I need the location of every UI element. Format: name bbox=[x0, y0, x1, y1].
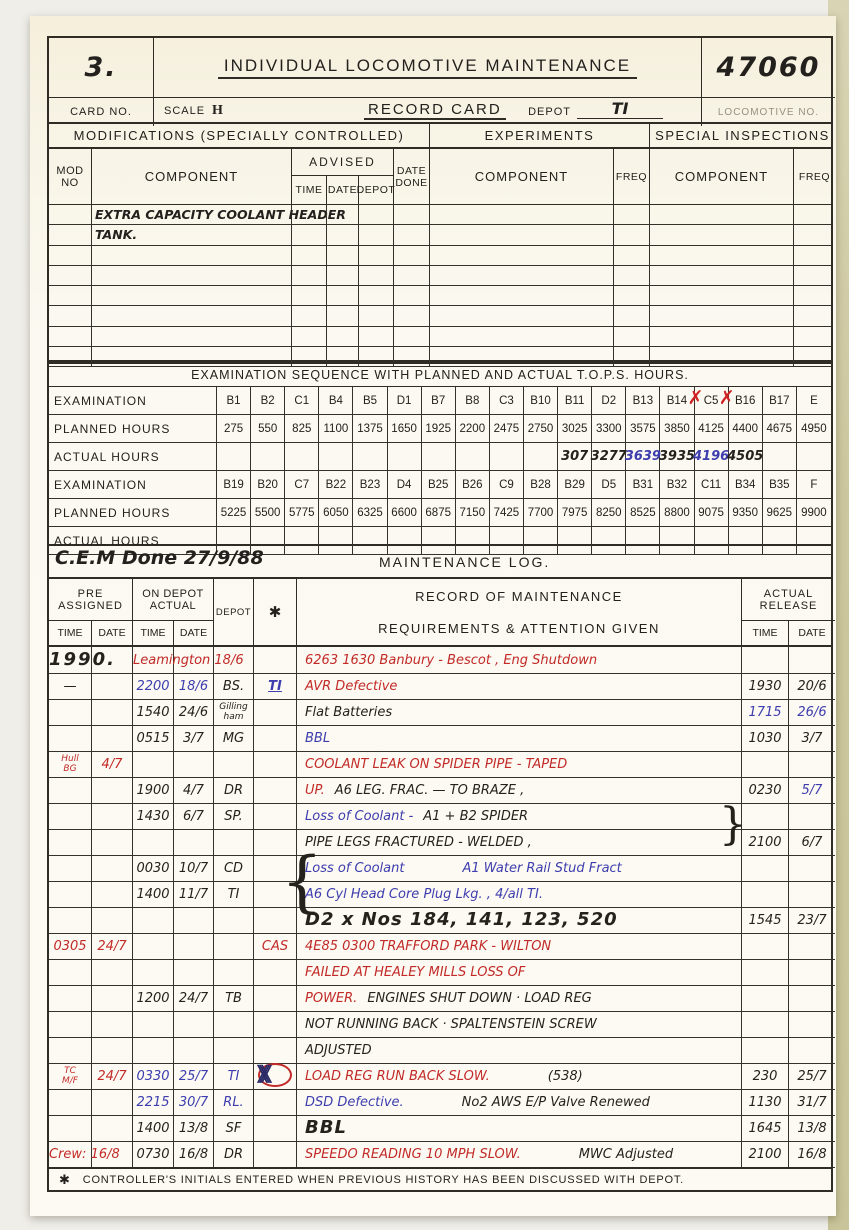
mod-cell bbox=[794, 327, 835, 346]
log-dep-date-value: 24/6 bbox=[179, 700, 208, 725]
log-cell-depot: DR bbox=[214, 1141, 254, 1167]
log-cell-pre-time: Hull BG bbox=[49, 751, 92, 777]
log-rows: 1990.Leamington 18/66263 1630 Banbury - … bbox=[47, 647, 833, 1167]
mod-cell bbox=[292, 327, 327, 346]
exam-cell: 2475 bbox=[490, 415, 524, 442]
planned-hours-value: 8525 bbox=[630, 507, 656, 519]
exam-code: B26 bbox=[462, 479, 482, 491]
date-done-header: DATE DONE bbox=[394, 149, 430, 204]
scanned-maintenance-card-page: { "header": { "card_series": "3.", "titl… bbox=[0, 0, 849, 1230]
mod-cell bbox=[394, 327, 430, 346]
mod-cell bbox=[794, 246, 835, 265]
log-cell-rel-date: 20/6 bbox=[789, 673, 835, 699]
mod-cell bbox=[614, 306, 650, 325]
exam-cell: 550 bbox=[251, 415, 285, 442]
log-cell-pre-time bbox=[49, 829, 92, 855]
log-row: 14306/7SP.Loss of Coolant -A1 + B2 SPIDE… bbox=[49, 803, 835, 830]
log-cell-depot bbox=[214, 907, 254, 933]
planned-hours-value: 4950 bbox=[801, 423, 827, 435]
maintenance-log-title: MAINTENANCE LOG. bbox=[379, 554, 550, 570]
mod-cell bbox=[394, 246, 430, 265]
log-cell-rec: LOAD REG RUN BACK SLOW.(538) bbox=[297, 1063, 742, 1089]
log-cell-depot: RL. bbox=[214, 1089, 254, 1115]
log-dep-time-value: 0515 bbox=[136, 726, 169, 751]
log-dep-date-value: 4/7 bbox=[183, 778, 204, 803]
mod-cell bbox=[394, 286, 430, 305]
subtitle-box: SCALE H RECORD CARD DEPOT TI bbox=[154, 98, 702, 126]
log-cell-pre-time bbox=[49, 907, 92, 933]
log-cell-rec: NOT RUNNING BACK · SPALTENSTEIN SCREW bbox=[297, 1011, 742, 1037]
planned-hours-value: 7700 bbox=[528, 507, 554, 519]
mod-cell bbox=[614, 327, 650, 346]
log-cell-rel-time: 1645 bbox=[742, 1115, 789, 1141]
log-dep-date-value: 13/8 bbox=[179, 1116, 208, 1141]
exam-row-label: PLANNED HOURS bbox=[49, 415, 217, 442]
planned-hours-value: 6600 bbox=[391, 507, 417, 519]
log-pre-time-value: TC M/F bbox=[62, 1063, 78, 1086]
log-cell-rel-time: 1715 bbox=[742, 699, 789, 725]
exam-code: B31 bbox=[633, 479, 653, 491]
log-row: TC M/F24/7033025/7TILOAD REG RUN BACK SL… bbox=[49, 1063, 835, 1090]
exam-cell: B29 bbox=[558, 471, 592, 498]
log-depot-value: DR bbox=[224, 778, 243, 803]
log-cell-rel-time bbox=[742, 881, 789, 907]
depot-time-header: TIME bbox=[133, 621, 174, 645]
exam-code: B22 bbox=[326, 479, 346, 491]
log-record-segment: A6 LEG. FRAC. — TO BRAZE , bbox=[335, 783, 525, 798]
log-record-segment: POWER. bbox=[305, 991, 357, 1006]
log-cell-star bbox=[254, 1115, 297, 1141]
mod-row mod-row-1: EXTRA CAPACITY COOLANT HEADER bbox=[49, 205, 831, 225]
log-cell-pre-date bbox=[92, 1141, 133, 1167]
log-cell-star bbox=[254, 1089, 297, 1115]
mod-cell bbox=[359, 225, 394, 244]
exam-row-label: EXAMINATION bbox=[49, 471, 217, 498]
planned-hours-value: 6050 bbox=[323, 507, 349, 519]
log-cell-rel-date: 16/8 bbox=[789, 1141, 835, 1167]
mod-cell bbox=[794, 286, 835, 305]
log-cell-star bbox=[254, 1141, 297, 1167]
log-depot-value: SP. bbox=[224, 804, 242, 829]
log-cell-depot bbox=[214, 959, 254, 985]
log-pre-time-value: 0305 bbox=[53, 934, 86, 959]
exam-cell: B1 bbox=[217, 387, 251, 414]
log-cell-dep-date: 25/7 bbox=[174, 1063, 214, 1089]
exam-cell: E bbox=[797, 387, 831, 414]
mod-cell bbox=[292, 306, 327, 325]
mod-cell bbox=[327, 327, 359, 346]
exam-cell: 5225 bbox=[217, 499, 251, 526]
log-cell-rel-date bbox=[789, 881, 835, 907]
log-record-segment: FAILED AT HEALEY MILLS LOSS OF bbox=[305, 965, 525, 980]
exam-cell: 2200 bbox=[456, 415, 490, 442]
log-cell-star bbox=[254, 1037, 297, 1063]
exam-cell bbox=[456, 443, 490, 470]
mods-rows: EXTRA CAPACITY COOLANT HEADERTANK. bbox=[47, 204, 833, 362]
footer-star-icon: ✱ bbox=[59, 1172, 71, 1188]
log-cell-rel-time: 230 bbox=[742, 1063, 789, 1089]
exam-row: PLANNED HOURS275550825110013751650192522… bbox=[49, 415, 831, 443]
exam-cell: 5775 bbox=[285, 499, 319, 526]
exam-cell: B22 bbox=[319, 471, 353, 498]
log-rel-date-value: 13/8 bbox=[797, 1116, 826, 1141]
log-rel-time-value: 1645 bbox=[748, 1116, 781, 1141]
page-title: INDIVIDUAL LOCOMOTIVE MAINTENANCE bbox=[218, 56, 637, 79]
log-cell-depot: DR bbox=[214, 777, 254, 803]
exam-cell bbox=[797, 443, 831, 470]
log-cell-depot: MG bbox=[214, 725, 254, 751]
title-box: INDIVIDUAL LOCOMOTIVE MAINTENANCE bbox=[154, 38, 702, 98]
depot-label: DEPOT bbox=[528, 106, 571, 118]
exam-cell: 1100 bbox=[319, 415, 353, 442]
exam-code: B19 bbox=[223, 479, 243, 491]
log-cell-dep-date: 24/6 bbox=[174, 699, 214, 725]
mods-header-row: MOD NO COMPONENT ADVISED TIME DATE DEPOT… bbox=[47, 149, 833, 204]
log-record-segment: A1 + B2 SPIDER bbox=[423, 809, 528, 824]
log-rel-time-value: 2100 bbox=[748, 830, 781, 855]
record-card-paper: 3. INDIVIDUAL LOCOMOTIVE MAINTENANCE 470… bbox=[30, 16, 836, 1216]
exam-table-title: EXAMINATION SEQUENCE WITH PLANNED AND AC… bbox=[49, 364, 831, 387]
exam-cell bbox=[388, 443, 422, 470]
exam-code: B5 bbox=[363, 395, 377, 407]
mod-cell bbox=[327, 286, 359, 305]
log-cell-rel-time bbox=[742, 751, 789, 777]
planned-hours-value: 2750 bbox=[528, 423, 554, 435]
planned-hours-value: 1650 bbox=[391, 423, 417, 435]
loco-number-label: LOCOMOTIVE NO. bbox=[718, 107, 819, 118]
exam-cell: B35 bbox=[763, 471, 797, 498]
log-cell-rec: UP.A6 LEG. FRAC. — TO BRAZE , bbox=[297, 777, 742, 803]
exam-cell: B17 bbox=[763, 387, 797, 414]
mod-cell bbox=[49, 246, 92, 265]
log-cell-star bbox=[254, 1011, 297, 1037]
planned-hours-value: 1100 bbox=[324, 423, 349, 435]
log-cell-dep-date: 3/7 bbox=[174, 725, 214, 751]
exam-cell bbox=[217, 443, 251, 470]
exam-code: B34 bbox=[735, 479, 755, 491]
log-dep-time-value: 0730 bbox=[136, 1142, 169, 1167]
log-depot-value: CD bbox=[224, 856, 243, 881]
release-time-header: TIME bbox=[742, 621, 789, 645]
exam-code: B10 bbox=[530, 395, 550, 407]
log-cell-dep-time: Leamington 18/6 bbox=[133, 647, 174, 673]
exam-cell: C7 bbox=[285, 471, 319, 498]
log-cell-rec: BBL bbox=[297, 1115, 742, 1141]
log-cell-pre-date bbox=[92, 855, 133, 881]
log-cell-rel-date: 3/7 bbox=[789, 725, 835, 751]
pre-date-header: DATE bbox=[92, 621, 133, 645]
log-dep-date-value: 25/7 bbox=[179, 1064, 208, 1089]
log-cell-dep-date: 4/7 bbox=[174, 777, 214, 803]
exam-code: B23 bbox=[360, 479, 380, 491]
exam-cell: B28 bbox=[524, 471, 558, 498]
log-cell-pre-time bbox=[49, 1011, 92, 1037]
log-cell-rec: POWER.ENGINES SHUT DOWN · LOAD REG bbox=[297, 985, 742, 1011]
log-cell-pre-time bbox=[49, 1089, 92, 1115]
controller-scribble-mark bbox=[258, 1063, 292, 1087]
header-row-1: 3. INDIVIDUAL LOCOMOTIVE MAINTENANCE 470… bbox=[49, 38, 835, 98]
log-cell-rel-time bbox=[742, 985, 789, 1011]
mod-cell bbox=[327, 266, 359, 285]
planned-hours-value: 275 bbox=[224, 423, 243, 435]
log-rel-time-value: 0230 bbox=[748, 778, 781, 803]
log-cell-dep-date bbox=[174, 647, 214, 673]
exam-cell: B2 bbox=[251, 387, 285, 414]
log-cell-rel-date bbox=[789, 855, 835, 881]
release-date-header: DATE bbox=[789, 621, 835, 645]
log-record-segment: PIPE LEGS FRACTURED - WELDED , bbox=[305, 835, 532, 850]
exam-cell: 7700 bbox=[524, 499, 558, 526]
exam-cell: 3935 bbox=[660, 443, 694, 470]
mod-cell bbox=[650, 327, 794, 346]
log-cell-pre-time: TC M/F bbox=[49, 1063, 92, 1089]
planned-hours-value: 3025 bbox=[562, 423, 588, 435]
log-cell-rel-time bbox=[742, 855, 789, 881]
exam-cell: D5 bbox=[592, 471, 626, 498]
log-cell-depot: CD bbox=[214, 855, 254, 881]
log-record-segment: D2 x Nos 184, 141, 123, 520 bbox=[305, 909, 618, 930]
mod-cell bbox=[394, 306, 430, 325]
mod-cell bbox=[359, 205, 394, 224]
log-depot-value: DR bbox=[224, 1142, 243, 1167]
card-content: 3. INDIVIDUAL LOCOMOTIVE MAINTENANCE 470… bbox=[47, 36, 833, 1192]
card-no-label-box: CARD NO. bbox=[49, 98, 154, 126]
exam-row: EXAMINATIONB19B20C7B22B23D4B25B26C9B28B2… bbox=[49, 471, 831, 499]
card-series-number: 3. bbox=[84, 52, 117, 83]
mod-cell bbox=[327, 205, 359, 224]
log-dep-time-value: 1430 bbox=[136, 804, 169, 829]
planned-hours-value: 2200 bbox=[460, 423, 486, 435]
planned-hours-value: 5775 bbox=[289, 507, 315, 519]
log-cell-depot: BS. bbox=[214, 673, 254, 699]
log-cell-depot: Gilling ham bbox=[214, 699, 254, 725]
log-record-segment: DSD Defective. bbox=[305, 1095, 404, 1110]
log-record-segment: ENGINES SHUT DOWN · LOAD REG bbox=[367, 991, 591, 1006]
log-cell-rel-time: 1030 bbox=[742, 725, 789, 751]
log-cell-rec: SPEEDO READING 10 MPH SLOW.MWC Adjusted bbox=[297, 1141, 742, 1167]
log-dep-time-value: 0030 bbox=[136, 856, 169, 881]
exam-cell: 6325 bbox=[353, 499, 387, 526]
log-depot-value: RL. bbox=[223, 1090, 243, 1115]
log-cell-dep-time: 0515 bbox=[133, 725, 174, 751]
exam-cell: 9900 bbox=[797, 499, 831, 526]
exam-cell: D2 bbox=[592, 387, 626, 414]
log-cell-dep-time: 1900 bbox=[133, 777, 174, 803]
exam-code: C11 bbox=[701, 479, 721, 491]
log-depot-value: TI bbox=[228, 882, 240, 907]
mod-cell bbox=[327, 306, 359, 325]
exam-cell: B31 bbox=[626, 471, 660, 498]
log-cell-pre-time bbox=[49, 881, 92, 907]
log-cell-dep-time bbox=[133, 933, 174, 959]
exam-cell: B4 bbox=[319, 387, 353, 414]
special-component-header: COMPONENT bbox=[650, 149, 794, 204]
planned-hours-value: 1375 bbox=[357, 423, 383, 435]
log-record-segment: NOT RUNNING BACK · SPALTENSTEIN SCREW bbox=[305, 1017, 597, 1032]
log-record-segment: UP. bbox=[305, 783, 325, 798]
log-cell-rec: A6 Cyl Head Core Plug Lkg. , 4/all TI. bbox=[297, 881, 742, 907]
log-cell-star bbox=[254, 751, 297, 777]
log-cell-pre-time bbox=[49, 959, 92, 985]
log-cell-rel-time: 0230 bbox=[742, 777, 789, 803]
log-row: 003010/7CDLoss of CoolantA1 Water Rail S… bbox=[49, 855, 835, 882]
section-title-row: MODIFICATIONS (SPECIALLY CONTROLLED) EXP… bbox=[47, 124, 833, 149]
exam-cell: 6600 bbox=[388, 499, 422, 526]
exam-code: B35 bbox=[769, 479, 789, 491]
log-cell-rel-time bbox=[742, 933, 789, 959]
exam-code: F bbox=[810, 479, 817, 491]
planned-hours-value: 6325 bbox=[357, 507, 383, 519]
planned-hours-value: 825 bbox=[292, 423, 311, 435]
log-cell-rel-time: 1930 bbox=[742, 673, 789, 699]
log-cell-pre-date bbox=[92, 907, 133, 933]
log-cell-rec: D2 x Nos 184, 141, 123, 520 bbox=[297, 907, 742, 933]
exam-cell: 2750 bbox=[524, 415, 558, 442]
exam-cell: 3277 bbox=[592, 443, 626, 470]
exam-code: C5 bbox=[704, 395, 719, 407]
exam-cell bbox=[285, 443, 319, 470]
log-cell-pre-date bbox=[92, 673, 133, 699]
mod-cell bbox=[614, 225, 650, 244]
exam-cell: B26 bbox=[456, 471, 490, 498]
log-cell-dep-date bbox=[174, 907, 214, 933]
exam-code: D4 bbox=[397, 479, 412, 491]
exam-cell: B19 bbox=[217, 471, 251, 498]
log-cell-dep-date: 13/8 bbox=[174, 1115, 214, 1141]
exam-cell: 825 bbox=[285, 415, 319, 442]
planned-hours-value: 3575 bbox=[630, 423, 656, 435]
log-cell-depot bbox=[214, 1011, 254, 1037]
log-pre-time-value: Hull BG bbox=[61, 751, 78, 774]
log-cell-rec: BBL bbox=[297, 725, 742, 751]
log-row: 120024/7TBPOWER.ENGINES SHUT DOWN · LOAD… bbox=[49, 985, 835, 1012]
log-depot-value: BS. bbox=[223, 674, 244, 699]
exam-cell: D1 bbox=[388, 387, 422, 414]
mod-cell bbox=[430, 266, 614, 285]
planned-hours-value: 9625 bbox=[767, 507, 793, 519]
log-row: NOT RUNNING BACK · SPALTENSTEIN SCREW bbox=[49, 1011, 835, 1038]
mod-cell bbox=[650, 306, 794, 325]
mod-cell bbox=[394, 205, 430, 224]
log-cell-pre-date bbox=[92, 647, 133, 673]
exam-code: D5 bbox=[601, 479, 616, 491]
exam-cell: 8800 bbox=[660, 499, 694, 526]
log-cell-pre-time bbox=[49, 803, 92, 829]
log-cell-rel-time bbox=[742, 803, 789, 829]
log-cell-dep-time: 1540 bbox=[133, 699, 174, 725]
log-cell-rec: DSD Defective.No2 AWS E/P Valve Renewed bbox=[297, 1089, 742, 1115]
log-cell-dep-date bbox=[174, 933, 214, 959]
exam-code: D2 bbox=[601, 395, 616, 407]
exam-cell: 4400 bbox=[729, 415, 763, 442]
exam-cell: 3639 bbox=[626, 443, 660, 470]
mod-cell bbox=[614, 205, 650, 224]
log-cell-pre-date bbox=[92, 803, 133, 829]
planned-hours-value: 8250 bbox=[596, 507, 622, 519]
log-cell-pre-time: Crew: 16/8 bbox=[49, 1141, 92, 1167]
exam-code: B7 bbox=[431, 395, 445, 407]
actual-release-header: ACTUAL RELEASE bbox=[742, 579, 835, 621]
mod-cell bbox=[650, 266, 794, 285]
loco-number-handwritten: 47060 bbox=[717, 52, 821, 83]
log-cell-rel-date bbox=[789, 1037, 835, 1063]
mod-cell bbox=[359, 266, 394, 285]
card-header: 3. INDIVIDUAL LOCOMOTIVE MAINTENANCE 470… bbox=[47, 36, 833, 124]
actual-hours-value: 3277 bbox=[591, 449, 627, 464]
exam-cell bbox=[353, 443, 387, 470]
planned-hours-value: 550 bbox=[258, 423, 277, 435]
log-rel-date-value: 23/7 bbox=[797, 908, 826, 933]
log-cell-rel-date: 6/7 bbox=[789, 829, 835, 855]
record-header-line1: RECORD OF MAINTENANCE bbox=[297, 579, 741, 613]
mod-cell bbox=[359, 286, 394, 305]
log-cell-star bbox=[254, 647, 297, 673]
log-dep-time-value: 1540 bbox=[136, 700, 169, 725]
log-cell-dep-time: 1200 bbox=[133, 985, 174, 1011]
mod-cell bbox=[292, 246, 327, 265]
planned-hours-value: 5500 bbox=[255, 507, 281, 519]
log-cell-pre-time bbox=[49, 1115, 92, 1141]
exam-cell: 4675 bbox=[763, 415, 797, 442]
mod-cell bbox=[430, 306, 614, 325]
maintenance-log-band: C.E.M Done 27/9/88 MAINTENANCE LOG. bbox=[47, 546, 833, 577]
log-cell-dep-time bbox=[133, 907, 174, 933]
log-row: Crew: 16/8073016/8DRSPEEDO READING 10 MP… bbox=[49, 1141, 835, 1168]
card-no-label: CARD NO. bbox=[70, 106, 132, 118]
advised-header: ADVISED bbox=[292, 149, 394, 176]
log-cell-depot bbox=[214, 751, 254, 777]
log-dep-time-value: 1400 bbox=[136, 1116, 169, 1141]
log-rel-date-value: 25/7 bbox=[797, 1064, 826, 1089]
mod-cell: TANK. bbox=[92, 225, 292, 244]
mod-cell bbox=[650, 205, 794, 224]
log-record-segment: (538) bbox=[548, 1069, 583, 1084]
log-record-segment: Flat Batteries bbox=[305, 705, 392, 720]
log-cell-rel-date: 5/7 bbox=[789, 777, 835, 803]
log-cell-pre-date bbox=[92, 1011, 133, 1037]
log-cell-pre-time bbox=[49, 777, 92, 803]
mod-cell bbox=[794, 266, 835, 285]
exam-code: B4 bbox=[329, 395, 343, 407]
log-dep-date-value: 18/6 bbox=[179, 674, 208, 699]
log-cell-rel-time bbox=[742, 1037, 789, 1063]
planned-hours-value: 2475 bbox=[494, 423, 520, 435]
exam-row: EXAMINATIONB1B2C1B4B5D1B7B8C3B10B11D2B13… bbox=[49, 387, 831, 415]
mod-cell bbox=[92, 286, 292, 305]
exam-cell: B13 bbox=[626, 387, 660, 414]
experiments-section-title: EXPERIMENTS bbox=[430, 124, 650, 147]
mod-cell bbox=[92, 266, 292, 285]
log-dep-date-value: 6/7 bbox=[183, 804, 204, 829]
mod-component-entry: TANK. bbox=[95, 225, 137, 244]
mod-cell bbox=[614, 246, 650, 265]
mod-cell bbox=[614, 286, 650, 305]
exam-cell: 9625 bbox=[763, 499, 797, 526]
exam-row-label: EXAMINATION bbox=[49, 387, 217, 414]
exam-cell: 7150 bbox=[456, 499, 490, 526]
log-row: 05153/7MGBBL10303/7 bbox=[49, 725, 835, 752]
mods-component-header: COMPONENT bbox=[92, 149, 292, 204]
log-dep-time-value: 1900 bbox=[136, 778, 169, 803]
log-dep-date-value: 16/8 bbox=[179, 1142, 208, 1167]
mod-cell bbox=[430, 286, 614, 305]
planned-hours-value: 9075 bbox=[698, 507, 724, 519]
mod-cell bbox=[394, 266, 430, 285]
log-record-segment: 6263 1630 Banbury - Bescot , Eng Shutdow… bbox=[305, 653, 597, 668]
log-cell-rel-date bbox=[789, 1011, 835, 1037]
exam-row-label: PLANNED HOURS bbox=[49, 499, 217, 526]
log-record-segment: AVR Defective bbox=[305, 679, 397, 694]
